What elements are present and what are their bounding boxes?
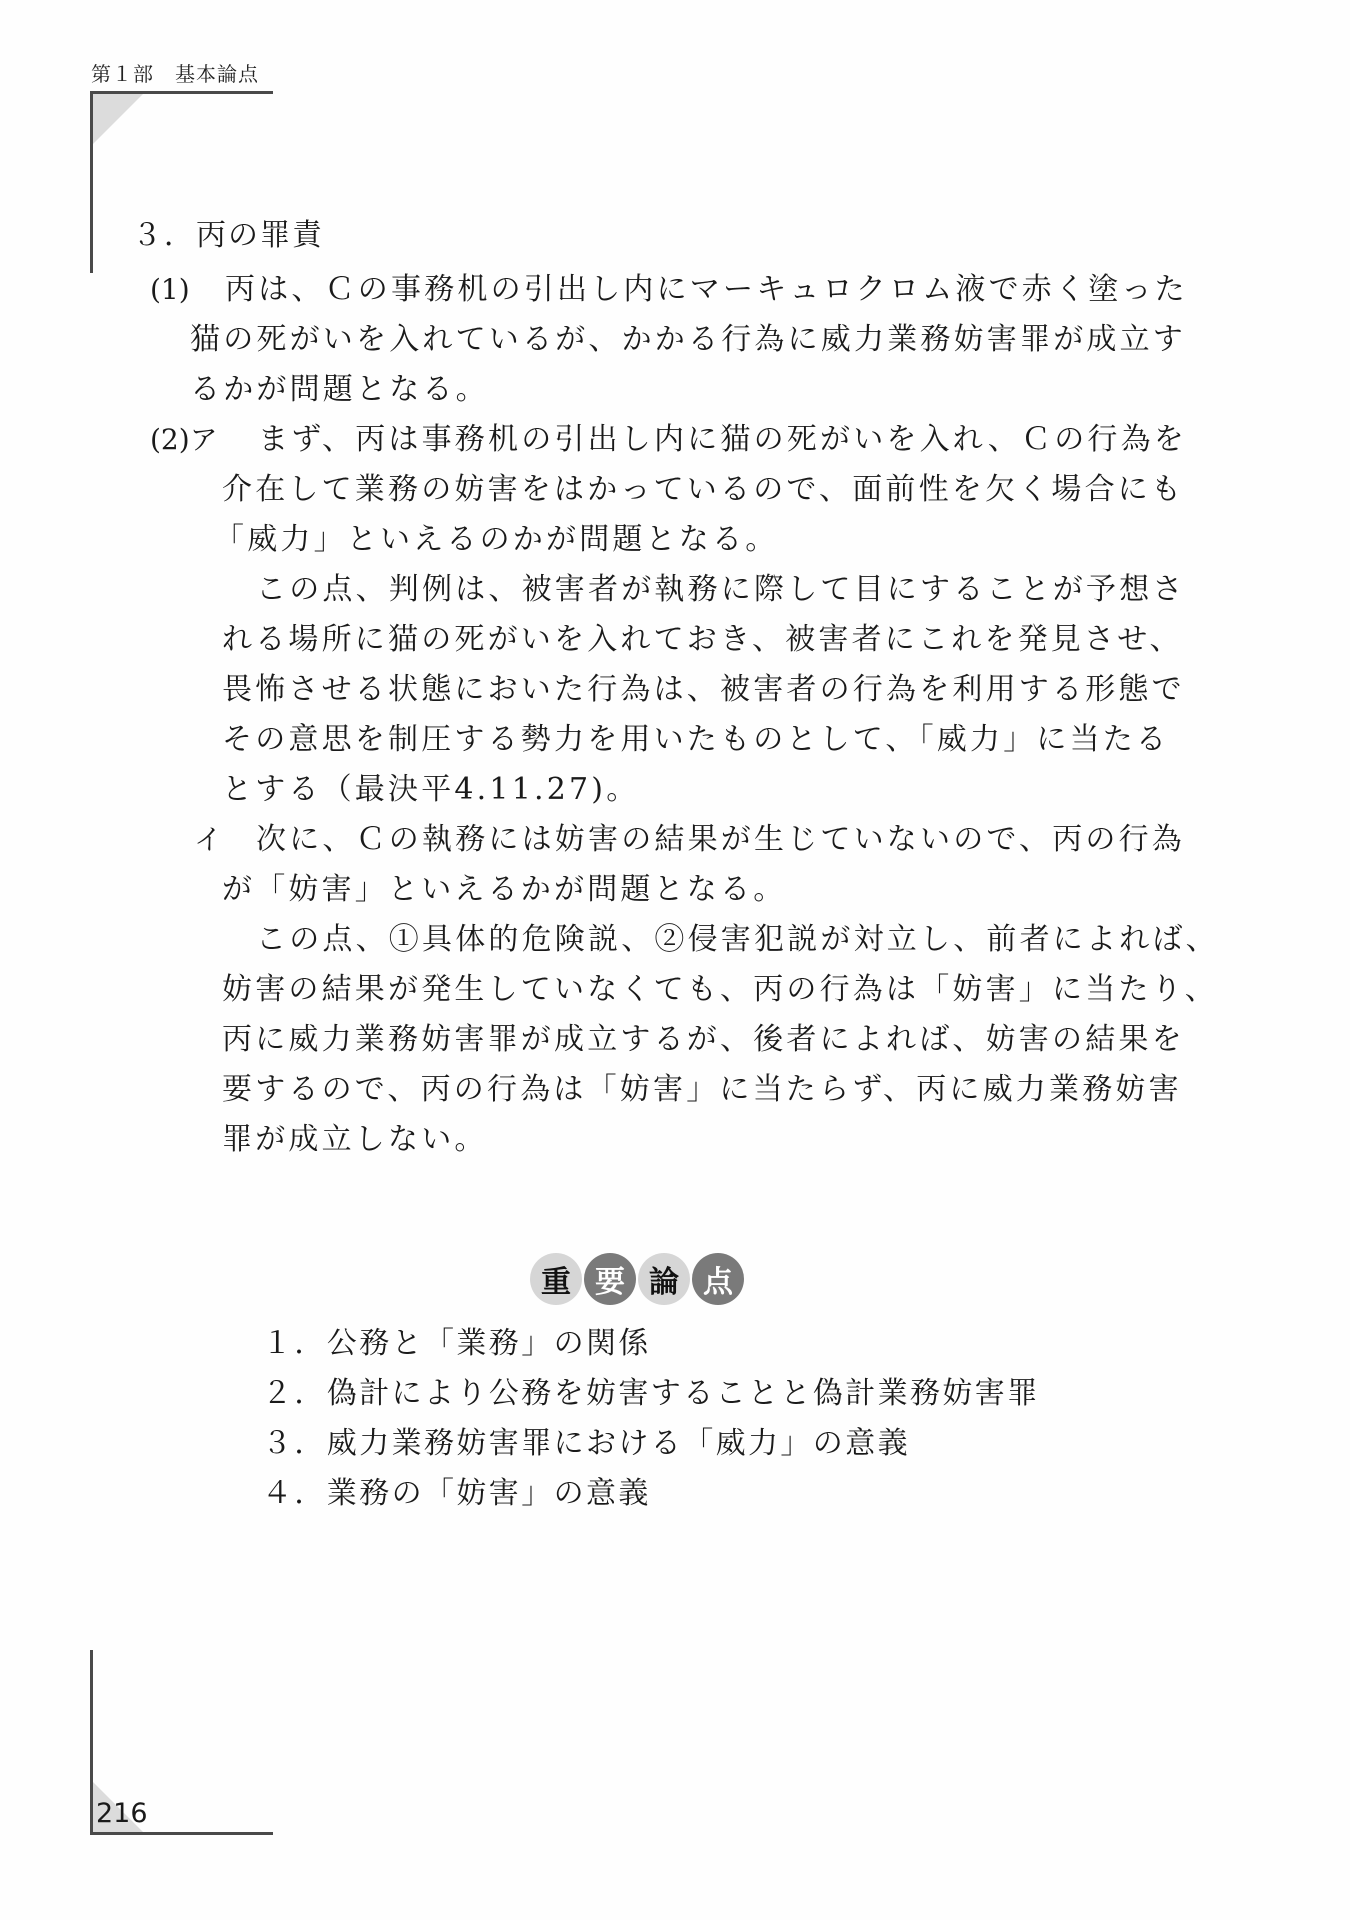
sub1-line-1: 丙は、Ｃの事務机の引出し内にマーキュロクロム液で赤く塗った <box>225 272 1188 308</box>
key-point-item-3: ３．威力業務妨害罪における「威力」の意義 <box>262 1426 910 1462</box>
sub2-marker: (2)ア <box>150 422 218 458</box>
badge-char-1: 重 <box>530 1253 582 1305</box>
key-point-item-1: １．公務と「業務」の関係 <box>262 1326 651 1362</box>
sub2-para2-line-1: この点、判例は、被害者が執務に際して目にすることが予想さ <box>256 572 1186 608</box>
sub2-line-1: まず、丙は事務机の引出し内に猫の死がいを入れ、Ｃの行為を <box>258 422 1187 458</box>
corner-triangle-top <box>93 94 143 144</box>
key-point-item-4: ４．業務の「妨害」の意義 <box>262 1476 651 1512</box>
sub2-para2-line-5: とする（最決平4.11.27)。 <box>222 772 639 808</box>
sub1-marker: (1) <box>150 272 190 308</box>
sub2i-para2-line-5: 罪が成立しない。 <box>222 1122 488 1158</box>
sub2i-line-2: が「妨害」といえるかが問題となる。 <box>222 872 786 908</box>
sub2i-para2-line-4: 要するので、丙の行為は「妨害」に当たらず、丙に威力業務妨害 <box>222 1072 1182 1108</box>
badge-char-2: 要 <box>584 1253 636 1305</box>
sub2-para2-line-3: 畏怖させる状態においた行為は、被害者の行為を利用する形態で <box>222 672 1185 708</box>
key-points-badge: 重 要 論 点 <box>530 1253 744 1305</box>
sub2-para2-line-4: その意思を制圧する勢力を用いたものとして、「威力」に当たる <box>222 722 1169 758</box>
section-heading: ３．丙の罪責 <box>132 218 324 254</box>
sub1-line-2: 猫の死がいを入れているが、かかる行為に威力業務妨害罪が成立す <box>190 322 1186 358</box>
key-point-item-2: ２．偽計により公務を妨害することと偽計業務妨害罪 <box>262 1376 1040 1412</box>
sub2i-para2-line-1: この点、①具体的危険説、②侵害犯説が対立し、前者によれば、 <box>256 922 1219 958</box>
badge-char-3: 論 <box>638 1253 690 1305</box>
sub2-line-3: 「威力」といえるのかが問題となる。 <box>214 522 778 558</box>
sub2-line-2: 介在して業務の妨害をはかっているので、面前性を欠く場合にも <box>222 472 1184 508</box>
running-head: 第１部 基本論点 <box>91 58 259 87</box>
page-number: 216 <box>96 1798 148 1829</box>
sub2i-line-1: 次に、Ｃの執務には妨害の結果が生じていないので、丙の行為 <box>256 822 1185 858</box>
sub2i-para2-line-3: 丙に威力業務妨害罪が成立するが、後者によれば、妨害の結果を <box>222 1022 1185 1058</box>
sub1-line-3: るかが問題となる。 <box>190 372 489 408</box>
sub2i-para2-line-2: 妨害の結果が発生していなくても、丙の行為は「妨害」に当たり、 <box>222 972 1218 1008</box>
sub2i-marker: イ <box>194 822 222 858</box>
sub2-para2-line-2: れる場所に猫の死がいを入れておき、被害者にこれを発見させ、 <box>222 622 1183 658</box>
badge-char-4: 点 <box>692 1253 744 1305</box>
corner-rule-bottom-horizontal <box>90 1832 273 1835</box>
